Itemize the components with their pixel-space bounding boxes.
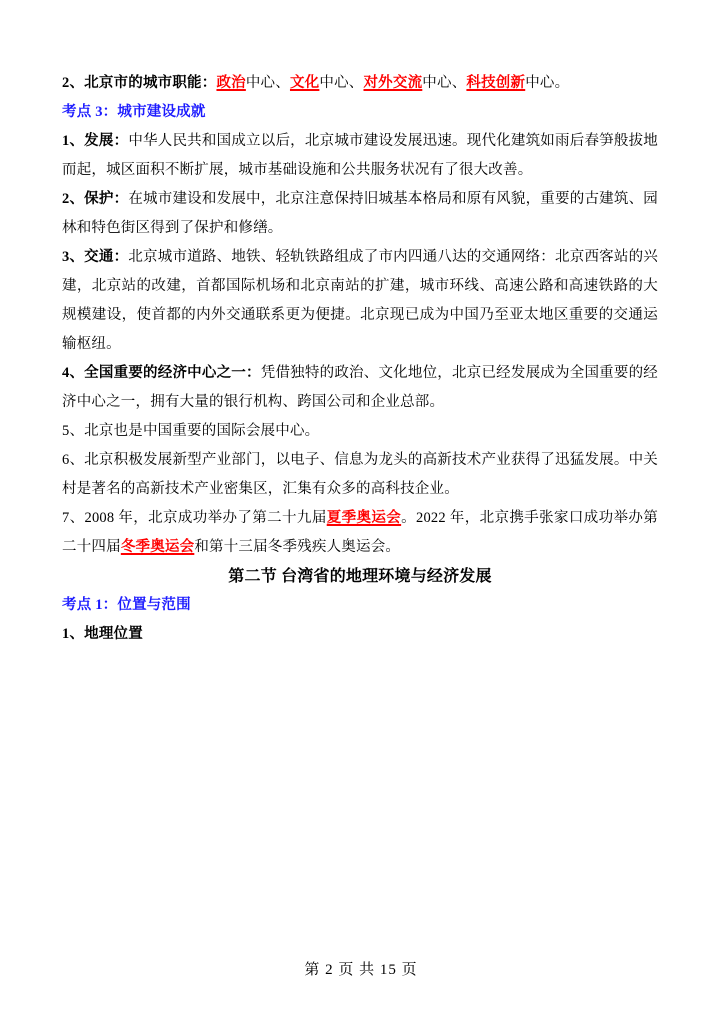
text-run: 5、北京也是中国重要的国际会展中心。 [62, 423, 319, 439]
para-development: 1、发展：中华人民共和国成立以后，北京城市建设发展迅速。现代化建筑如雨后春笋般拔… [62, 127, 658, 185]
para-city-functions: 2、北京市的城市职能：政治中心、文化中心、对外交流中心、科技创新中心。 [62, 69, 658, 98]
page-number-label: 第 2 页 共 15 页 [304, 962, 417, 978]
para-olympics: 7、2008 年，北京成功举办了第二十九届夏季奥运会。2022 年，北京携手张家… [62, 504, 658, 562]
text-run: 中心、 [246, 75, 290, 91]
term-culture: 文化 [290, 75, 319, 91]
section-2-title: 第二节 台湾省的地理环境与经济发展 [62, 562, 658, 591]
text-run: 3、交通： [62, 249, 128, 265]
text-run: 北京城市道路、地铁、轻轨铁路组成了市内四通八达的交通网络：北京西客站的兴建，北京… [62, 249, 658, 352]
para-protection: 2、保护：在城市建设和发展中，北京注意保持旧城基本格局和原有风貌，重要的古建筑、… [62, 185, 658, 243]
document-page: 2、北京市的城市职能：政治中心、文化中心、对外交流中心、科技创新中心。考点 3：… [0, 0, 722, 1024]
kaodian-3-label: 考点 3：城市建设成就 [62, 104, 206, 120]
text-run: 6、北京积极发展新型产业部门，以电子、信息为龙头的高新技术产业获得了迅猛发展。中… [62, 452, 658, 497]
kaodian-1-label: 考点 1：位置与范围 [62, 597, 191, 613]
text-run: 2、北京市的城市职能： [62, 75, 216, 91]
section-title-label: 第二节 台湾省的地理环境与经济发展 [228, 568, 491, 585]
text-run: 4、全国重要的经济中心之一： [62, 365, 261, 381]
document-body: 2、北京市的城市职能：政治中心、文化中心、对外交流中心、科技创新中心。考点 3：… [62, 69, 658, 649]
text-run: 中心。 [525, 75, 569, 91]
page-footer: 第 2 页 共 15 页 [0, 961, 722, 979]
kaodian-1-heading: 考点 1：位置与范围 [62, 591, 658, 620]
term-winter-olympics: 冬季奥运会 [121, 539, 195, 555]
term-summer-olympics: 夏季奥运会 [327, 510, 401, 526]
term-sci-tech-innovation: 科技创新 [466, 75, 525, 91]
text-run: 中华人民共和国成立以后，北京城市建设发展迅速。现代化建筑如雨后春笋般拔地而起，城… [62, 133, 658, 178]
text-run: 7、2008 年，北京成功举办了第二十九届 [62, 510, 327, 526]
text-run: 中心、 [319, 75, 363, 91]
para-transport: 3、交通：北京城市道路、地铁、轻轨铁路组成了市内四通八达的交通网络：北京西客站的… [62, 243, 658, 359]
text-run: 在城市建设和发展中，北京注意保持旧城基本格局和原有风貌，重要的古建筑、园林和特色… [62, 191, 658, 236]
term-politics: 政治 [216, 75, 245, 91]
para-hightech: 6、北京积极发展新型产业部门，以电子、信息为龙头的高新技术产业获得了迅猛发展。中… [62, 446, 658, 504]
text-run: 中心、 [422, 75, 466, 91]
text-run: 和第十三届冬季残疾人奥运会。 [194, 539, 400, 555]
para-economic-center: 4、全国重要的经济中心之一：凭借独特的政治、文化地位，北京已经发展成为全国重要的… [62, 359, 658, 417]
para-geo-location: 1、地理位置 [62, 620, 658, 649]
term-foreign-exchange: 对外交流 [363, 75, 422, 91]
text-run: 2、保护： [62, 191, 128, 207]
text-run: 1、地理位置 [62, 626, 143, 642]
para-exhibition-center: 5、北京也是中国重要的国际会展中心。 [62, 417, 658, 446]
text-run: 1、发展： [62, 133, 128, 149]
kaodian-3-heading: 考点 3：城市建设成就 [62, 98, 658, 127]
